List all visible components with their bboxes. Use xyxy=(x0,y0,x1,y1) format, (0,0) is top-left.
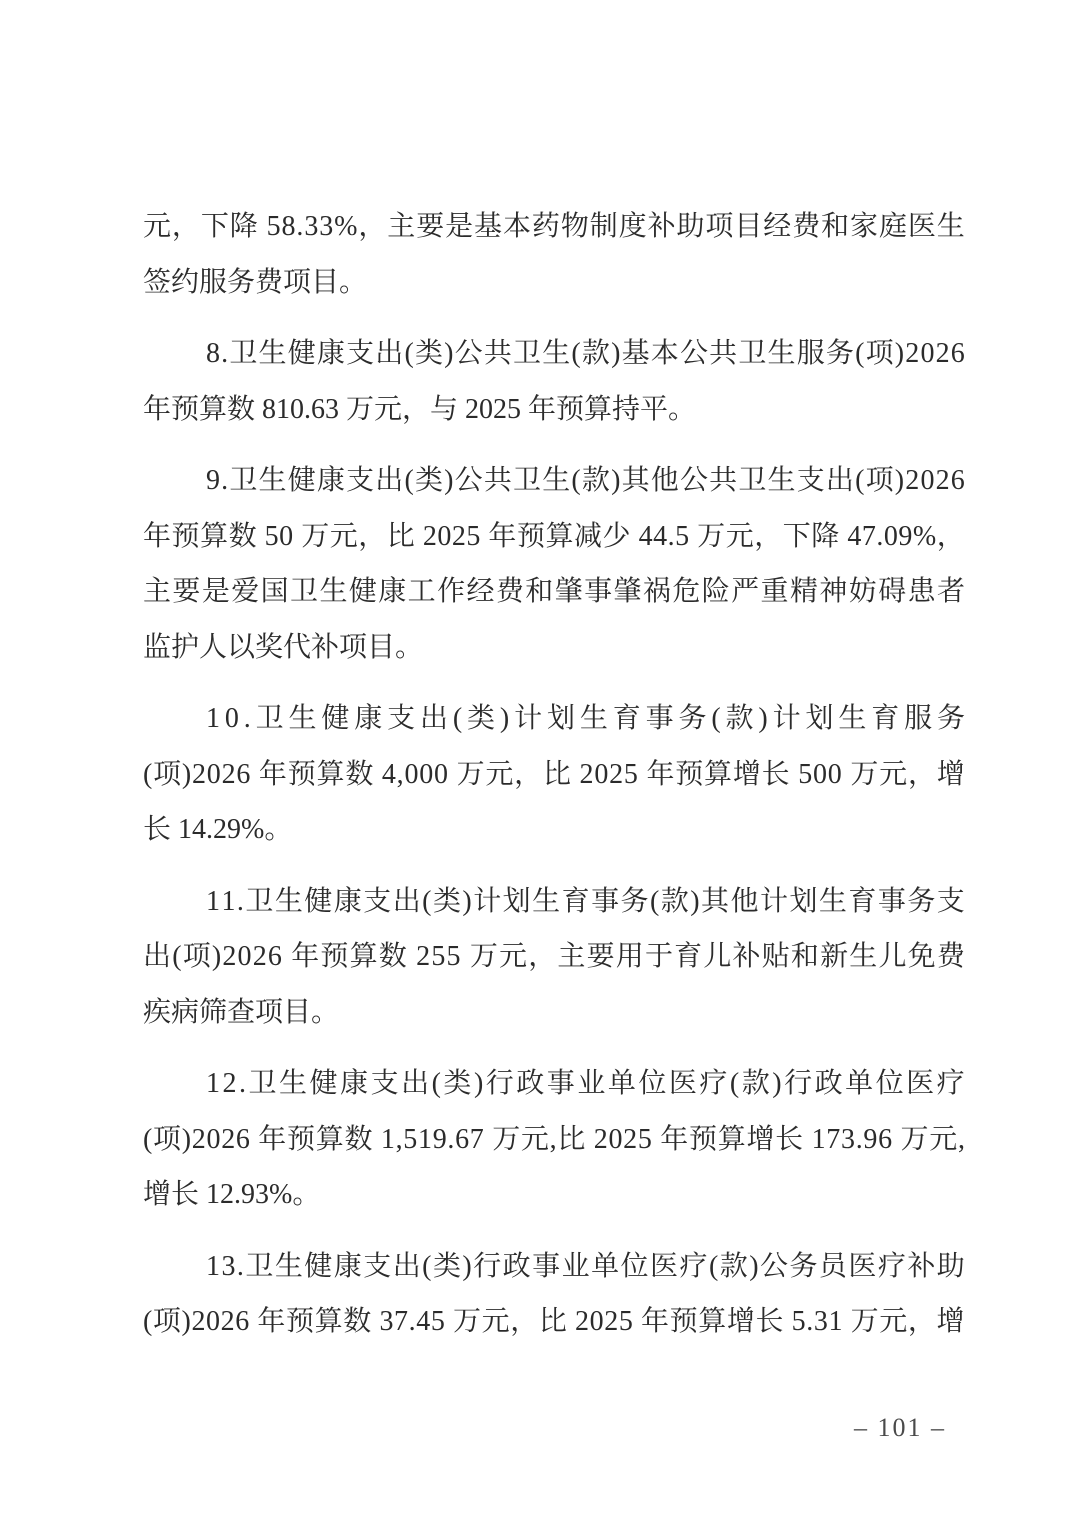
text-line: 12.卫生健康支出(类)行政事业单位医疗(款)行政单位医疗 xyxy=(143,1056,965,1112)
text-line: 出(项)2026 年预算数 255 万元，主要用于育儿补贴和新生儿免费 xyxy=(143,929,965,985)
text-line: 13.卫生健康支出(类)行政事业单位医疗(款)公务员医疗补助 xyxy=(143,1239,965,1295)
text-line: 年预算数 810.63 万元，与 2025 年预算持平。 xyxy=(143,382,965,438)
paragraph-13: 13.卫生健康支出(类)行政事业单位医疗(款)公务员医疗补助 (项)2026 年… xyxy=(143,1239,965,1350)
text-line: 年预算数 50 万元，比 2025 年预算减少 44.5 万元，下降 47.09… xyxy=(143,509,965,565)
paragraph-9: 9.卫生健康支出(类)公共卫生(款)其他公共卫生支出(项)2026 年预算数 5… xyxy=(143,453,965,675)
text-line: 长 14.29%。 xyxy=(143,802,965,858)
text-line: 11.卫生健康支出(类)计划生育事务(款)其他计划生育事务支 xyxy=(143,874,965,930)
text-line: (项)2026 年预算数 4,000 万元，比 2025 年预算增长 500 万… xyxy=(143,747,965,803)
text-line: 8.卫生健康支出(类)公共卫生(款)基本公共卫生服务(项)2026 xyxy=(143,326,965,382)
text-line: 监护人以奖代补项目。 xyxy=(143,620,965,676)
text-line: 疾病筛查项目。 xyxy=(143,985,965,1041)
paragraph-10: 10.卫生健康支出(类)计划生育事务(款)计划生育服务 (项)2026 年预算数… xyxy=(143,691,965,858)
text-line: (项)2026 年预算数 1,519.67 万元,比 2025 年预算增长 17… xyxy=(143,1112,965,1168)
text-line: 主要是爱国卫生健康工作经费和肇事肇祸危险严重精神妨碍患者 xyxy=(143,564,965,620)
text-line: 增长 12.93%。 xyxy=(143,1167,965,1223)
paragraph-12: 12.卫生健康支出(类)行政事业单位医疗(款)行政单位医疗 (项)2026 年预… xyxy=(143,1056,965,1223)
text-line: (项)2026 年预算数 37.45 万元，比 2025 年预算增长 5.31 … xyxy=(143,1294,965,1350)
text-line: 9.卫生健康支出(类)公共卫生(款)其他公共卫生支出(项)2026 xyxy=(143,453,965,509)
text-line: 签约服务费项目。 xyxy=(143,255,965,311)
text-line: 元，下降 58.33%，主要是基本药物制度补助项目经费和家庭医生 xyxy=(143,199,965,255)
paragraph-7-continuation: 元，下降 58.33%，主要是基本药物制度补助项目经费和家庭医生 签约服务费项目… xyxy=(143,199,965,310)
document-body: 元，下降 58.33%，主要是基本药物制度补助项目经费和家庭医生 签约服务费项目… xyxy=(143,199,965,1350)
paragraph-11: 11.卫生健康支出(类)计划生育事务(款)其他计划生育事务支 出(项)2026 … xyxy=(143,874,965,1041)
page-number: – 101 – xyxy=(854,1412,946,1444)
text-line: 10.卫生健康支出(类)计划生育事务(款)计划生育服务 xyxy=(143,691,965,747)
paragraph-8: 8.卫生健康支出(类)公共卫生(款)基本公共卫生服务(项)2026 年预算数 8… xyxy=(143,326,965,437)
